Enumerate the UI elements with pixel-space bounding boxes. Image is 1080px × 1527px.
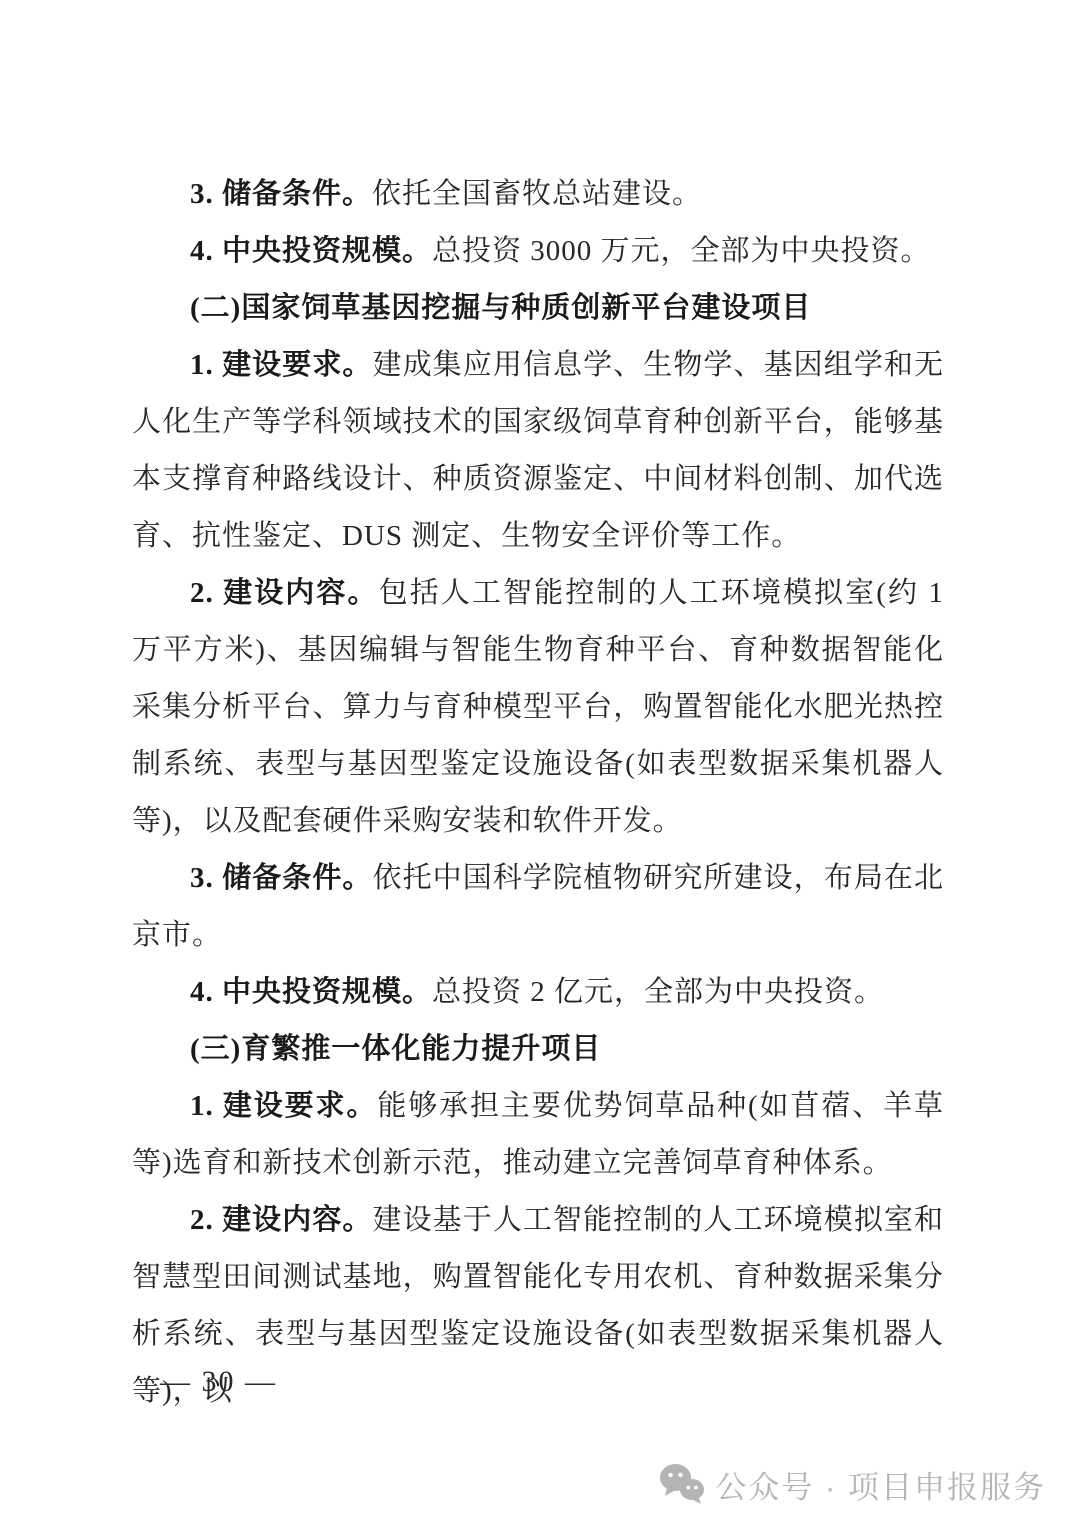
section-heading: (二)国家饲草基因挖掘与种质创新平台建设项目 xyxy=(132,280,944,337)
paragraph-lead: 1. 建设要求。 xyxy=(190,349,373,381)
paragraph: 1. 建设要求。能够承担主要优势饲草品种(如苜蓿、羊草等)选育和新技术创新示范，… xyxy=(132,1078,944,1192)
paragraph: 2. 建设内容。包括人工智能控制的人工环境模拟室(约 1 万平方米)、基因编辑与… xyxy=(132,565,944,850)
paragraph: 3. 储备条件。依托全国畜牧总站建设。 xyxy=(132,166,944,223)
paragraph: 1. 建设要求。建成集应用信息学、生物学、基因组学和无人化生产等学科领域技术的国… xyxy=(132,337,944,565)
watermark-text: 公众号 · 项目申报服务 xyxy=(715,1462,1046,1507)
paragraph: 3. 储备条件。依托中国科学院植物研究所建设，布局在北京市。 xyxy=(132,850,944,964)
document-body: 3. 储备条件。依托全国畜牧总站建设。4. 中央投资规模。总投资 3000 万元… xyxy=(132,166,944,1420)
paragraph-lead: 2. 建设内容。 xyxy=(190,1204,373,1236)
paragraph-lead: 1. 建设要求。 xyxy=(190,1090,377,1122)
document-page: 3. 储备条件。依托全国畜牧总站建设。4. 中央投资规模。总投资 3000 万元… xyxy=(0,0,1080,1527)
paragraph: 4. 中央投资规模。总投资 2 亿元，全部为中央投资。 xyxy=(132,964,944,1021)
paragraph-lead: 4. 中央投资规模。 xyxy=(190,235,432,267)
wechat-icon xyxy=(659,1463,705,1505)
paragraph-lead: 2. 建设内容。 xyxy=(190,577,379,609)
section-heading: (三)育繁推一体化能力提升项目 xyxy=(132,1021,944,1078)
paragraph: 4. 中央投资规模。总投资 3000 万元，全部为中央投资。 xyxy=(132,223,944,280)
page-number: — 30 — xyxy=(160,1362,277,1402)
watermark: 公众号 · 项目申报服务 xyxy=(659,1458,1046,1510)
paragraph-lead: 3. 储备条件。 xyxy=(190,862,373,894)
paragraph-lead: 4. 中央投资规模。 xyxy=(190,976,432,1008)
paragraph-lead: 3. 储备条件。 xyxy=(190,178,372,210)
